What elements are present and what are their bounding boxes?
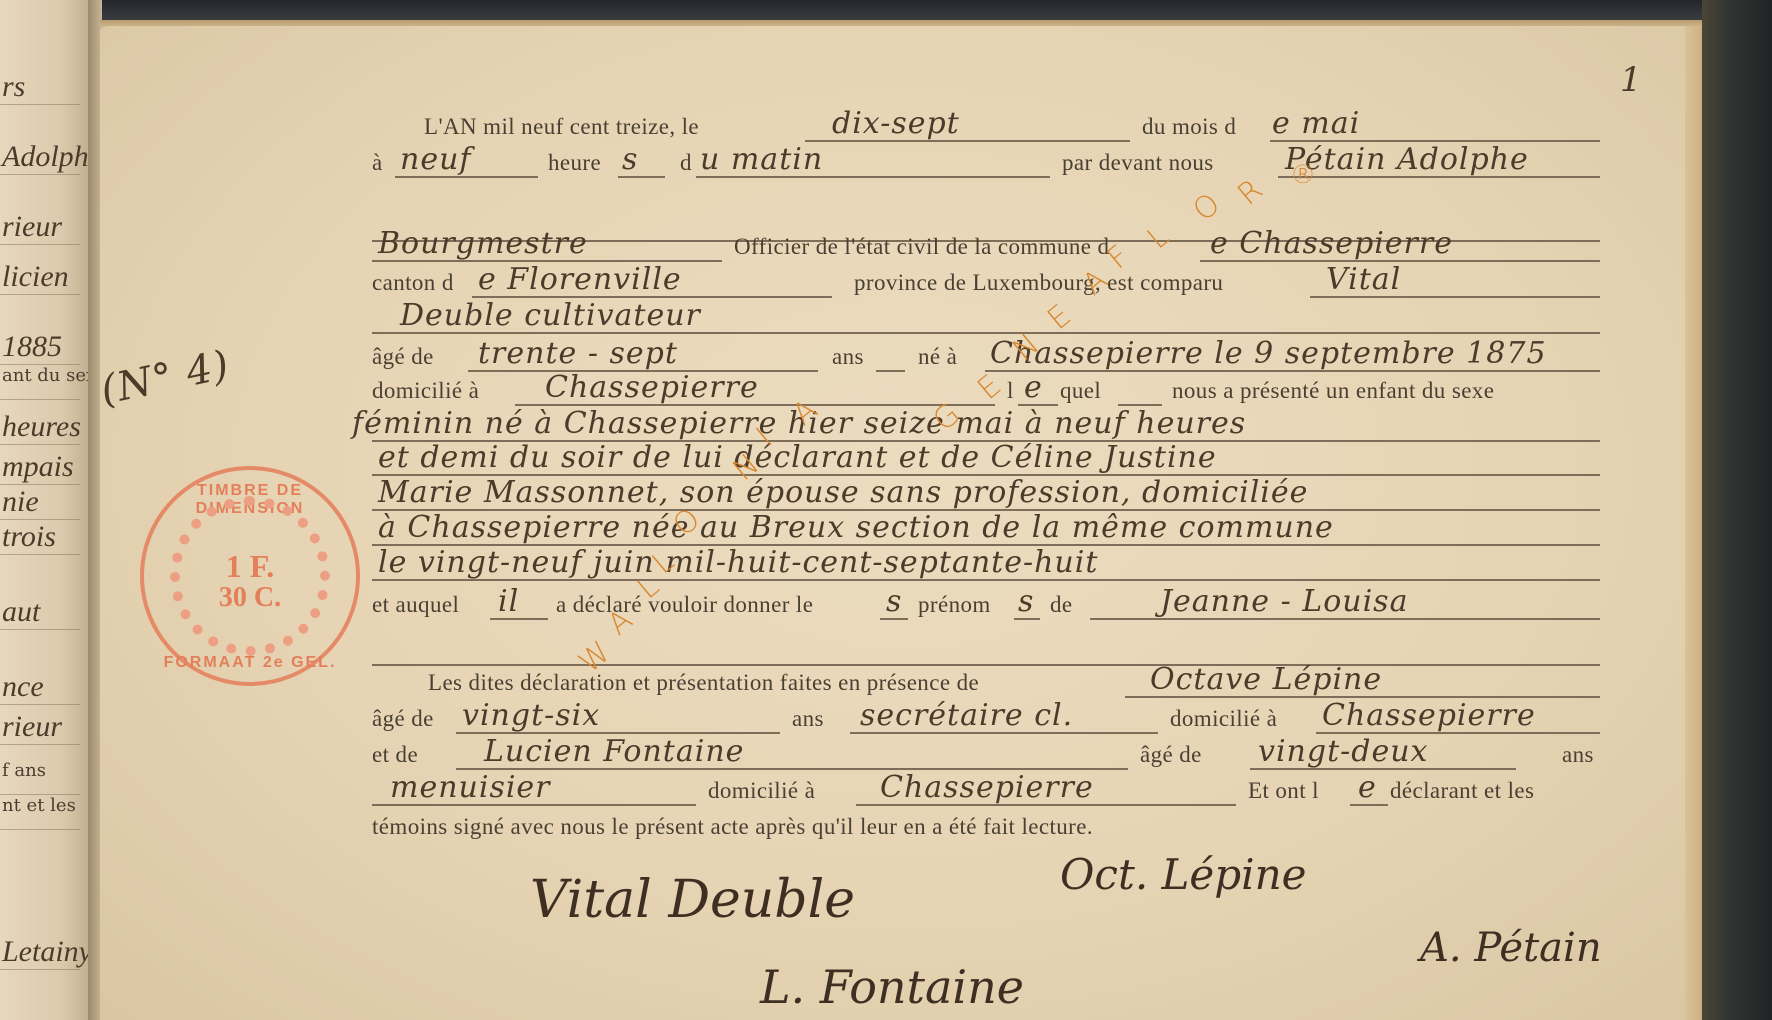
printed-text: ans (1562, 742, 1594, 768)
handwritten-entry: Octave Lépine (1150, 662, 1382, 697)
printed-text: Et ont l (1248, 778, 1319, 804)
handwritten-entry: Lucien Fontaine (484, 734, 744, 769)
printed-text: âgé de (372, 344, 434, 370)
printed-text: et de (372, 742, 418, 768)
printed-text: par devant nous (1062, 150, 1214, 176)
handwritten-entry: le vingt-neuf juin mil-huit-cent-septant… (378, 545, 1098, 580)
handwritten-entry: vingt-six (462, 698, 600, 733)
printed-text: quel (1060, 378, 1101, 404)
printed-text: ans (792, 706, 824, 732)
left-page-rule (0, 629, 80, 630)
left-page-rule (0, 444, 80, 445)
left-page-rule (0, 829, 80, 830)
printed-text: de (1050, 592, 1073, 618)
printed-text: et auquel (372, 592, 459, 618)
printed-text: l (1007, 378, 1014, 404)
page-number: 1 (1620, 60, 1643, 100)
printed-text: heure (548, 150, 601, 176)
stamp-value-francs: 1 F. (144, 548, 356, 585)
left-page-text: nce (2, 670, 44, 704)
printed-text: âgé de (1140, 742, 1202, 768)
printed-text: du mois d (1142, 114, 1236, 140)
signature: Oct. Lépine (1060, 850, 1307, 899)
left-page-rule (0, 294, 80, 295)
printed-text: âgé de (372, 706, 434, 732)
printed-text: prénom (918, 592, 991, 618)
printed-text: domicilié à (372, 378, 479, 404)
handwritten-entry: e Chassepierre (1210, 226, 1453, 261)
handwritten-entry: à Chassepierre née au Breux section de l… (378, 510, 1334, 545)
printed-text: Officier de l'état civil de la commune d (734, 234, 1109, 260)
left-page-rule (0, 399, 80, 400)
left-page-rule (0, 704, 80, 705)
handwritten-entry: u matin (700, 142, 823, 177)
fill-in-rule (372, 664, 1600, 666)
left-page-text: Letainy (2, 935, 88, 969)
printed-text: L'AN mil neuf cent treize, le (424, 114, 699, 140)
left-page-fragment: rsAdolpherieurlicien1885ant du sexeheure… (0, 0, 88, 1020)
left-page-rule (0, 174, 80, 175)
handwritten-entry: menuisier (390, 770, 551, 805)
handwritten-entry: Chassepierre (1322, 698, 1536, 733)
handwritten-entry: secrétaire cl. (860, 698, 1073, 733)
left-page-rule (0, 104, 80, 105)
signature: Vital Deuble (530, 870, 855, 930)
handwritten-entry: e (1024, 370, 1043, 405)
printed-text: à (372, 150, 383, 176)
handwritten-entry: Bourgmestre (378, 226, 588, 261)
left-page-text: mpais (2, 450, 74, 484)
left-page-text: rieur (2, 210, 62, 244)
printed-text: Les dites déclaration et présentation fa… (428, 670, 979, 696)
printed-text: ans (832, 344, 864, 370)
printed-text: domicilié à (708, 778, 815, 804)
left-page-text: f ans (2, 760, 46, 781)
handwritten-entry: e (1358, 770, 1377, 805)
handwritten-entry: Chassepierre (545, 370, 759, 405)
left-page-rule (0, 744, 80, 745)
handwritten-entry: dix-sept (832, 106, 960, 141)
handwritten-entry: il (498, 584, 519, 619)
watermark-letter: ® (1290, 160, 1316, 190)
handwritten-entry: Deuble cultivateur (400, 298, 701, 333)
printed-text: d (680, 150, 692, 176)
handwritten-entry: Marie Massonnet, son épouse sans profess… (378, 475, 1308, 510)
handwritten-entry: s (622, 142, 638, 177)
printed-text: témoins signé avec nous le présent acte … (372, 814, 1093, 840)
stamp-value-cents: 30 C. (144, 582, 356, 614)
left-page-rule (0, 554, 80, 555)
handwritten-entry: Chassepierre (880, 770, 1094, 805)
left-page-text: heures (2, 410, 81, 444)
left-page-text: ant du sexe (2, 365, 88, 386)
printed-text: canton d (372, 270, 454, 296)
handwritten-entry: Jeanne - Louisa (1160, 584, 1408, 619)
printed-text: déclarant et les (1390, 778, 1534, 804)
left-page-text: nt et les (2, 795, 76, 816)
left-page-text: rs (2, 70, 25, 104)
left-page-text: nie (2, 485, 39, 519)
tax-stamp: TIMBRE DE DIMENSION 1 F. 30 C. FORMAAT 2… (140, 466, 360, 686)
printed-text: nous a présenté un enfant du sexe (1172, 378, 1494, 404)
printed-text: province de Luxembourg, est comparu (854, 270, 1223, 296)
handwritten-entry: Chassepierre le 9 septembre 1875 (990, 336, 1547, 371)
left-page-text: 1885 (2, 330, 62, 364)
signature: L. Fontaine (760, 960, 1024, 1014)
left-page-text: Adolphe (2, 140, 88, 174)
handwritten-entry: s (886, 584, 902, 619)
book-cover-top (0, 0, 1772, 20)
handwritten-entry: e Florenville (478, 262, 682, 297)
fill-in-rule (876, 370, 905, 372)
left-page-rule (0, 969, 80, 970)
left-page-text: aut (2, 595, 40, 629)
stamp-bottom-text: FORMAAT 2e GEL. (144, 654, 356, 672)
printed-text: né à (918, 344, 957, 370)
handwritten-entry: e mai (1272, 106, 1360, 141)
handwritten-entry: Vital (1326, 262, 1401, 297)
handwritten-entry: vingt-deux (1258, 734, 1428, 769)
signature: A. Pétain (1420, 925, 1602, 971)
printed-text: a déclaré vouloir donner le (556, 592, 813, 618)
handwritten-entry: neuf (400, 142, 472, 177)
book-cover-right (1702, 0, 1772, 1020)
left-page-text: rieur (2, 710, 62, 744)
left-page-rule (0, 244, 80, 245)
left-page-text: licien (2, 260, 69, 294)
handwritten-entry: et demi du soir de lui déclarant et de C… (378, 440, 1217, 475)
handwritten-entry: trente - sept (478, 336, 678, 371)
handwritten-entry: s (1018, 584, 1034, 619)
handwritten-entry: Pétain Adolphe (1285, 142, 1529, 177)
printed-text: domicilié à (1170, 706, 1277, 732)
left-page-text: trois (2, 520, 56, 554)
